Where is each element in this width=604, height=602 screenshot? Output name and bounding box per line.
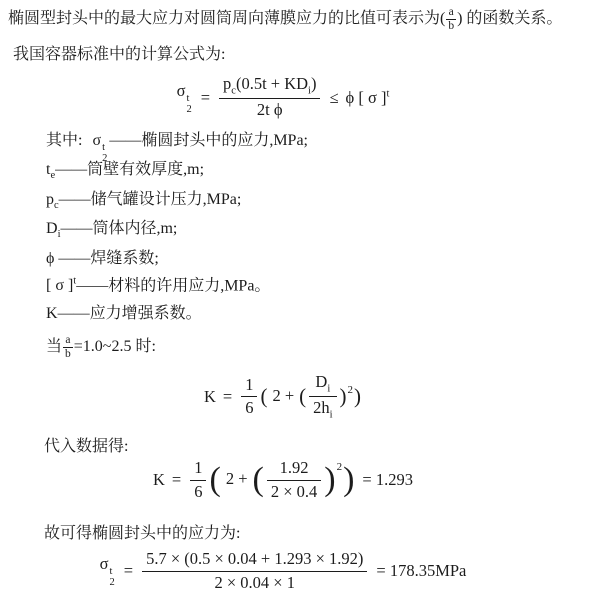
definition-te: te——筒壁有效厚度,m; [46, 159, 204, 183]
sigma-subsup-stack: t2 [110, 566, 115, 588]
close-paren: ) [340, 384, 347, 408]
condition-pre: 当 [46, 338, 62, 355]
open-paren: ( [299, 384, 306, 408]
sigma-symbol: σ [92, 132, 101, 149]
fraction-denominator: b [446, 19, 456, 33]
fraction-numerator: a [446, 6, 456, 19]
main-formula-fraction: pc(0.5t + KDi) 2t ϕ [219, 74, 320, 121]
equals-sign: = [201, 88, 210, 108]
leq-operator: ≤ [329, 88, 338, 108]
main-stress-formula: σt2 = pc(0.5t + KDi) 2t ϕ ≤ ϕ [ σ ]t [0, 74, 566, 121]
document-page: 椭圆型封头中的最大应力对圆筒周向薄膜应力的比值可表示为(ab) 的函数关系。 我… [0, 0, 604, 602]
definition-pc: pc——储气罐设计压力,MPa; [46, 189, 241, 213]
fraction-denominator: 2t ϕ [219, 98, 320, 121]
equals-sign: = [172, 470, 181, 490]
k-symbol: K [46, 305, 58, 322]
squared-exponent: 2 [348, 384, 354, 396]
di-symbol: Di [46, 220, 60, 237]
definition-k: K——应力增强系数。 [46, 303, 202, 325]
equals-sign: = [124, 561, 133, 581]
k-symbol: K [153, 470, 165, 490]
sigma2t-symbol: σt2 [177, 81, 194, 115]
k-result: = 1.293 [362, 470, 413, 490]
equals-sign: = [223, 387, 232, 407]
conclusion-line: 故可得椭圆封头中的应力为: [44, 523, 240, 545]
close-paren: ) [354, 384, 361, 408]
a-over-b-fraction: ab [446, 6, 456, 32]
k-value-formula: K = 16 (2 +(1.922 × 0.4)2) = 1.293 [0, 458, 566, 502]
phi-symbol: ϕ [46, 250, 54, 267]
allowable-sigma-symbol: [ σ ]t [46, 277, 76, 294]
condition-line: 当ab=1.0~2.5 时: [46, 334, 156, 360]
pc-symbol: pc [46, 191, 59, 208]
final-result: = 178.35MPa [376, 561, 466, 581]
big-open-paren: ( [253, 461, 264, 498]
standard-intro-line: 我国容器标准中的计算公式为: [13, 44, 225, 66]
big-open-paren: ( [209, 461, 220, 498]
one-sixth-fraction: 16 [190, 458, 206, 502]
definition-text: ——椭圆封头中的应力,MPa; [109, 132, 308, 149]
definition-text: ——筒体内径,m; [60, 220, 177, 237]
definition-sigma-allow: [ σ ]t——材料的许用应力,MPa。 [46, 275, 270, 297]
definition-phi: ϕ——焊缝系数; [46, 248, 159, 270]
definition-text: ——材料的许用应力,MPa。 [76, 277, 270, 294]
substitute-line: 代入数据得: [44, 436, 128, 458]
numeric-fraction: 1.922 × 0.4 [267, 458, 321, 502]
definition-text: ——焊缝系数; [58, 250, 158, 267]
defs-prefix: 其中: [46, 132, 82, 149]
squared-exponent: 2 [337, 461, 343, 473]
a-over-b-fraction: ab [63, 334, 73, 360]
intro-text-pre: 椭圆型封头中的最大应力对圆筒周向薄膜应力的比值可表示为( [8, 10, 445, 27]
definition-di: Di——筒体内径,m; [46, 218, 177, 242]
fraction-numerator: pc(0.5t + KDi) [219, 74, 320, 98]
intro-text-post: ) 的函数关系。 [457, 10, 562, 27]
final-stress-formula: σt2 = 5.7 × (0.5 × 0.04 + 1.293 × 1.92)2… [0, 549, 566, 593]
te-symbol: te [46, 161, 55, 178]
allowable-stress-term: ϕ [ σ ]t [346, 88, 390, 108]
final-fraction: 5.7 × (0.5 × 0.04 + 1.293 × 1.92)2 × 0.0… [142, 549, 367, 593]
definition-text: ——应力增强系数。 [58, 305, 202, 322]
sigma2t-symbol: σt2 [100, 554, 117, 588]
big-close-paren: ) [343, 461, 354, 498]
k-value-body: (2 +(1.922 × 0.4)2) [208, 458, 355, 502]
one-sixth-fraction: 16 [241, 375, 257, 419]
k-formula-body: (2 +(Di2hi)2) [259, 372, 362, 422]
definition-text: ——筒壁有效厚度,m; [55, 161, 204, 178]
di-over-2hi-fraction: Di2hi [309, 372, 336, 422]
intro-paragraph: 椭圆型封头中的最大应力对圆筒周向薄膜应力的比值可表示为(ab) 的函数关系。 [8, 6, 562, 32]
k-formula: K = 16 (2 +(Di2hi)2) [0, 372, 566, 422]
k-symbol: K [204, 387, 216, 407]
condition-post: =1.0~2.5 时: [74, 338, 156, 355]
definition-text: ——储气罐设计压力,MPa; [59, 191, 242, 208]
sigma-subsup-stack: t2 [186, 93, 191, 115]
big-close-paren: ) [324, 461, 335, 498]
open-paren: ( [260, 384, 267, 408]
